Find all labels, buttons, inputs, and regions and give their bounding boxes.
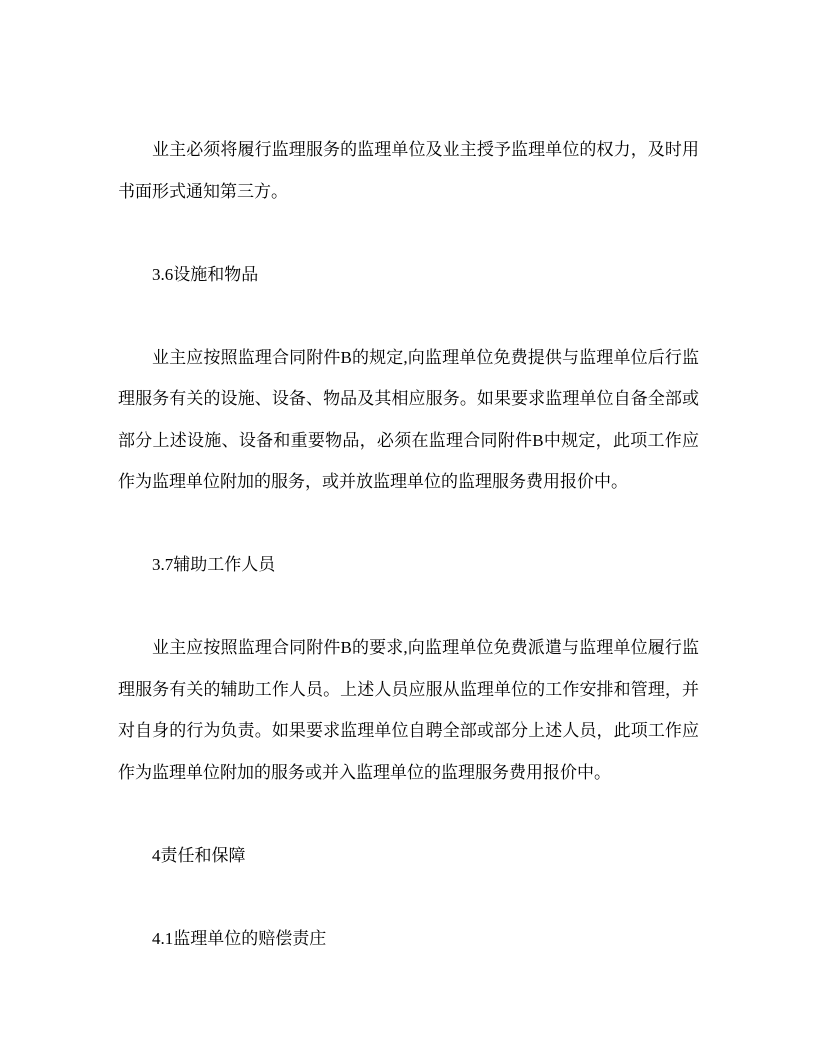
heading-3-7-auxiliary-staff: 3.7辅助工作人员 [118,544,699,586]
heading-4-responsibility-and-guarantee: 4责任和保障 [118,835,699,877]
paragraph-auxiliary-staff-provision: 业主应按照监理合同附件B的要求,向监理单位免费派遣与监理单位履行监理服务有关的辅… [118,627,699,793]
paragraph-facilities-provision: 业主应按照监理合同附件B的规定,向监理单位免费提供与监理单位后行监理服务有关的设… [118,337,699,503]
document-page: 业主必须将履行监理服务的监理单位及业主授予监理单位的权力，及时用书面形式通知第三… [0,0,816,1056]
document-content: 业主必须将履行监理服务的监理单位及业主授予监理单位的权力，及时用书面形式通知第三… [118,129,699,959]
paragraph-notify-third-party: 业主必须将履行监理服务的监理单位及业主授予监理单位的权力，及时用书面形式通知第三… [118,129,699,212]
heading-4-1-compensation-liability: 4.1监理单位的赔偿责庄 [118,918,699,960]
heading-3-6-facilities-and-goods: 3.6设施和物品 [118,254,699,296]
